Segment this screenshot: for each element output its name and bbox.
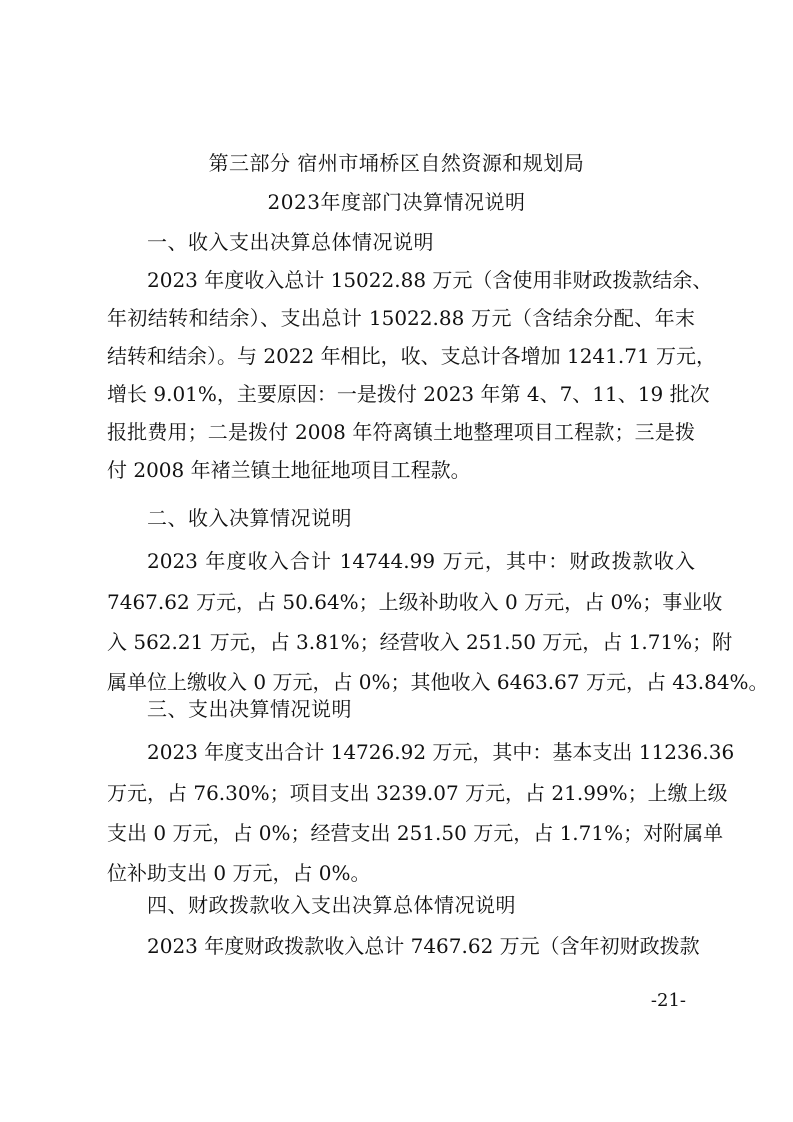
paragraph-line: 属单位上缴收入 0 万元，占 0%；其他收入 6463.67 万元，占 43.8… (107, 670, 695, 694)
paragraph-line: 支出 0 万元，占 0%；经营支出 251.50 万元，占 1.71%；对附属单 (107, 821, 695, 845)
paragraph-line: 万元，占 76.30%；项目支出 3239.07 万元，占 21.99%；上缴上… (107, 781, 695, 805)
paragraph-line: 2023 年度支出合计 14726.92 万元，其中：基本支出 11236.36 (147, 740, 695, 764)
page-number: -21- (651, 990, 686, 1012)
paragraph-line: 付 2008 年褚兰镇土地征地项目工程款。 (107, 458, 695, 482)
section-heading-income: 二、收入决算情况说明 (147, 506, 352, 530)
paragraph-line: 2023 年度收入总计 15022.88 万元（含使用非财政拨款结余、 (147, 268, 695, 292)
paragraph-line: 2023 年度收入合计 14744.99 万元，其中：财政拨款收入 (147, 549, 695, 573)
paragraph-line: 增长 9.01%，主要原因：一是拨付 2023 年第 4、7、11、19 批次 (107, 382, 695, 406)
paragraph-line: 入 562.21 万元，占 3.81%；经营收入 251.50 万元，占 1.7… (107, 630, 695, 654)
document-title-line2: 2023年度部门决算情况说明 (0, 190, 793, 214)
paragraph-line: 年初结转和结余）、支出总计 15022.88 万元（含结余分配、年末 (107, 306, 695, 330)
document-page: 第三部分 宿州市埇桥区自然资源和规划局 2023年度部门决算情况说明 一、收入支… (0, 0, 793, 1122)
paragraph-line: 2023 年度财政拨款收入总计 7467.62 万元（含年初财政拨款 (147, 934, 695, 958)
paragraph-line: 结转和结余）。与 2022 年相比，收、支总计各增加 1241.71 万元， (107, 344, 695, 368)
document-title-line1: 第三部分 宿州市埇桥区自然资源和规划局 (0, 151, 793, 175)
section-heading-expense: 三、支出决算情况说明 (147, 697, 352, 721)
section-heading-fiscal-appropriation: 四、财政拨款收入支出决算总体情况说明 (147, 893, 516, 917)
section-heading-income-expense-overview: 一、收入支出决算总体情况说明 (147, 230, 434, 254)
paragraph-line: 报批费用；二是拨付 2008 年符离镇土地整理项目工程款；三是拨 (107, 420, 695, 444)
paragraph-line: 位补助支出 0 万元，占 0%。 (107, 861, 695, 885)
paragraph-line: 7467.62 万元，占 50.64%；上级补助收入 0 万元，占 0%；事业收 (107, 590, 695, 614)
